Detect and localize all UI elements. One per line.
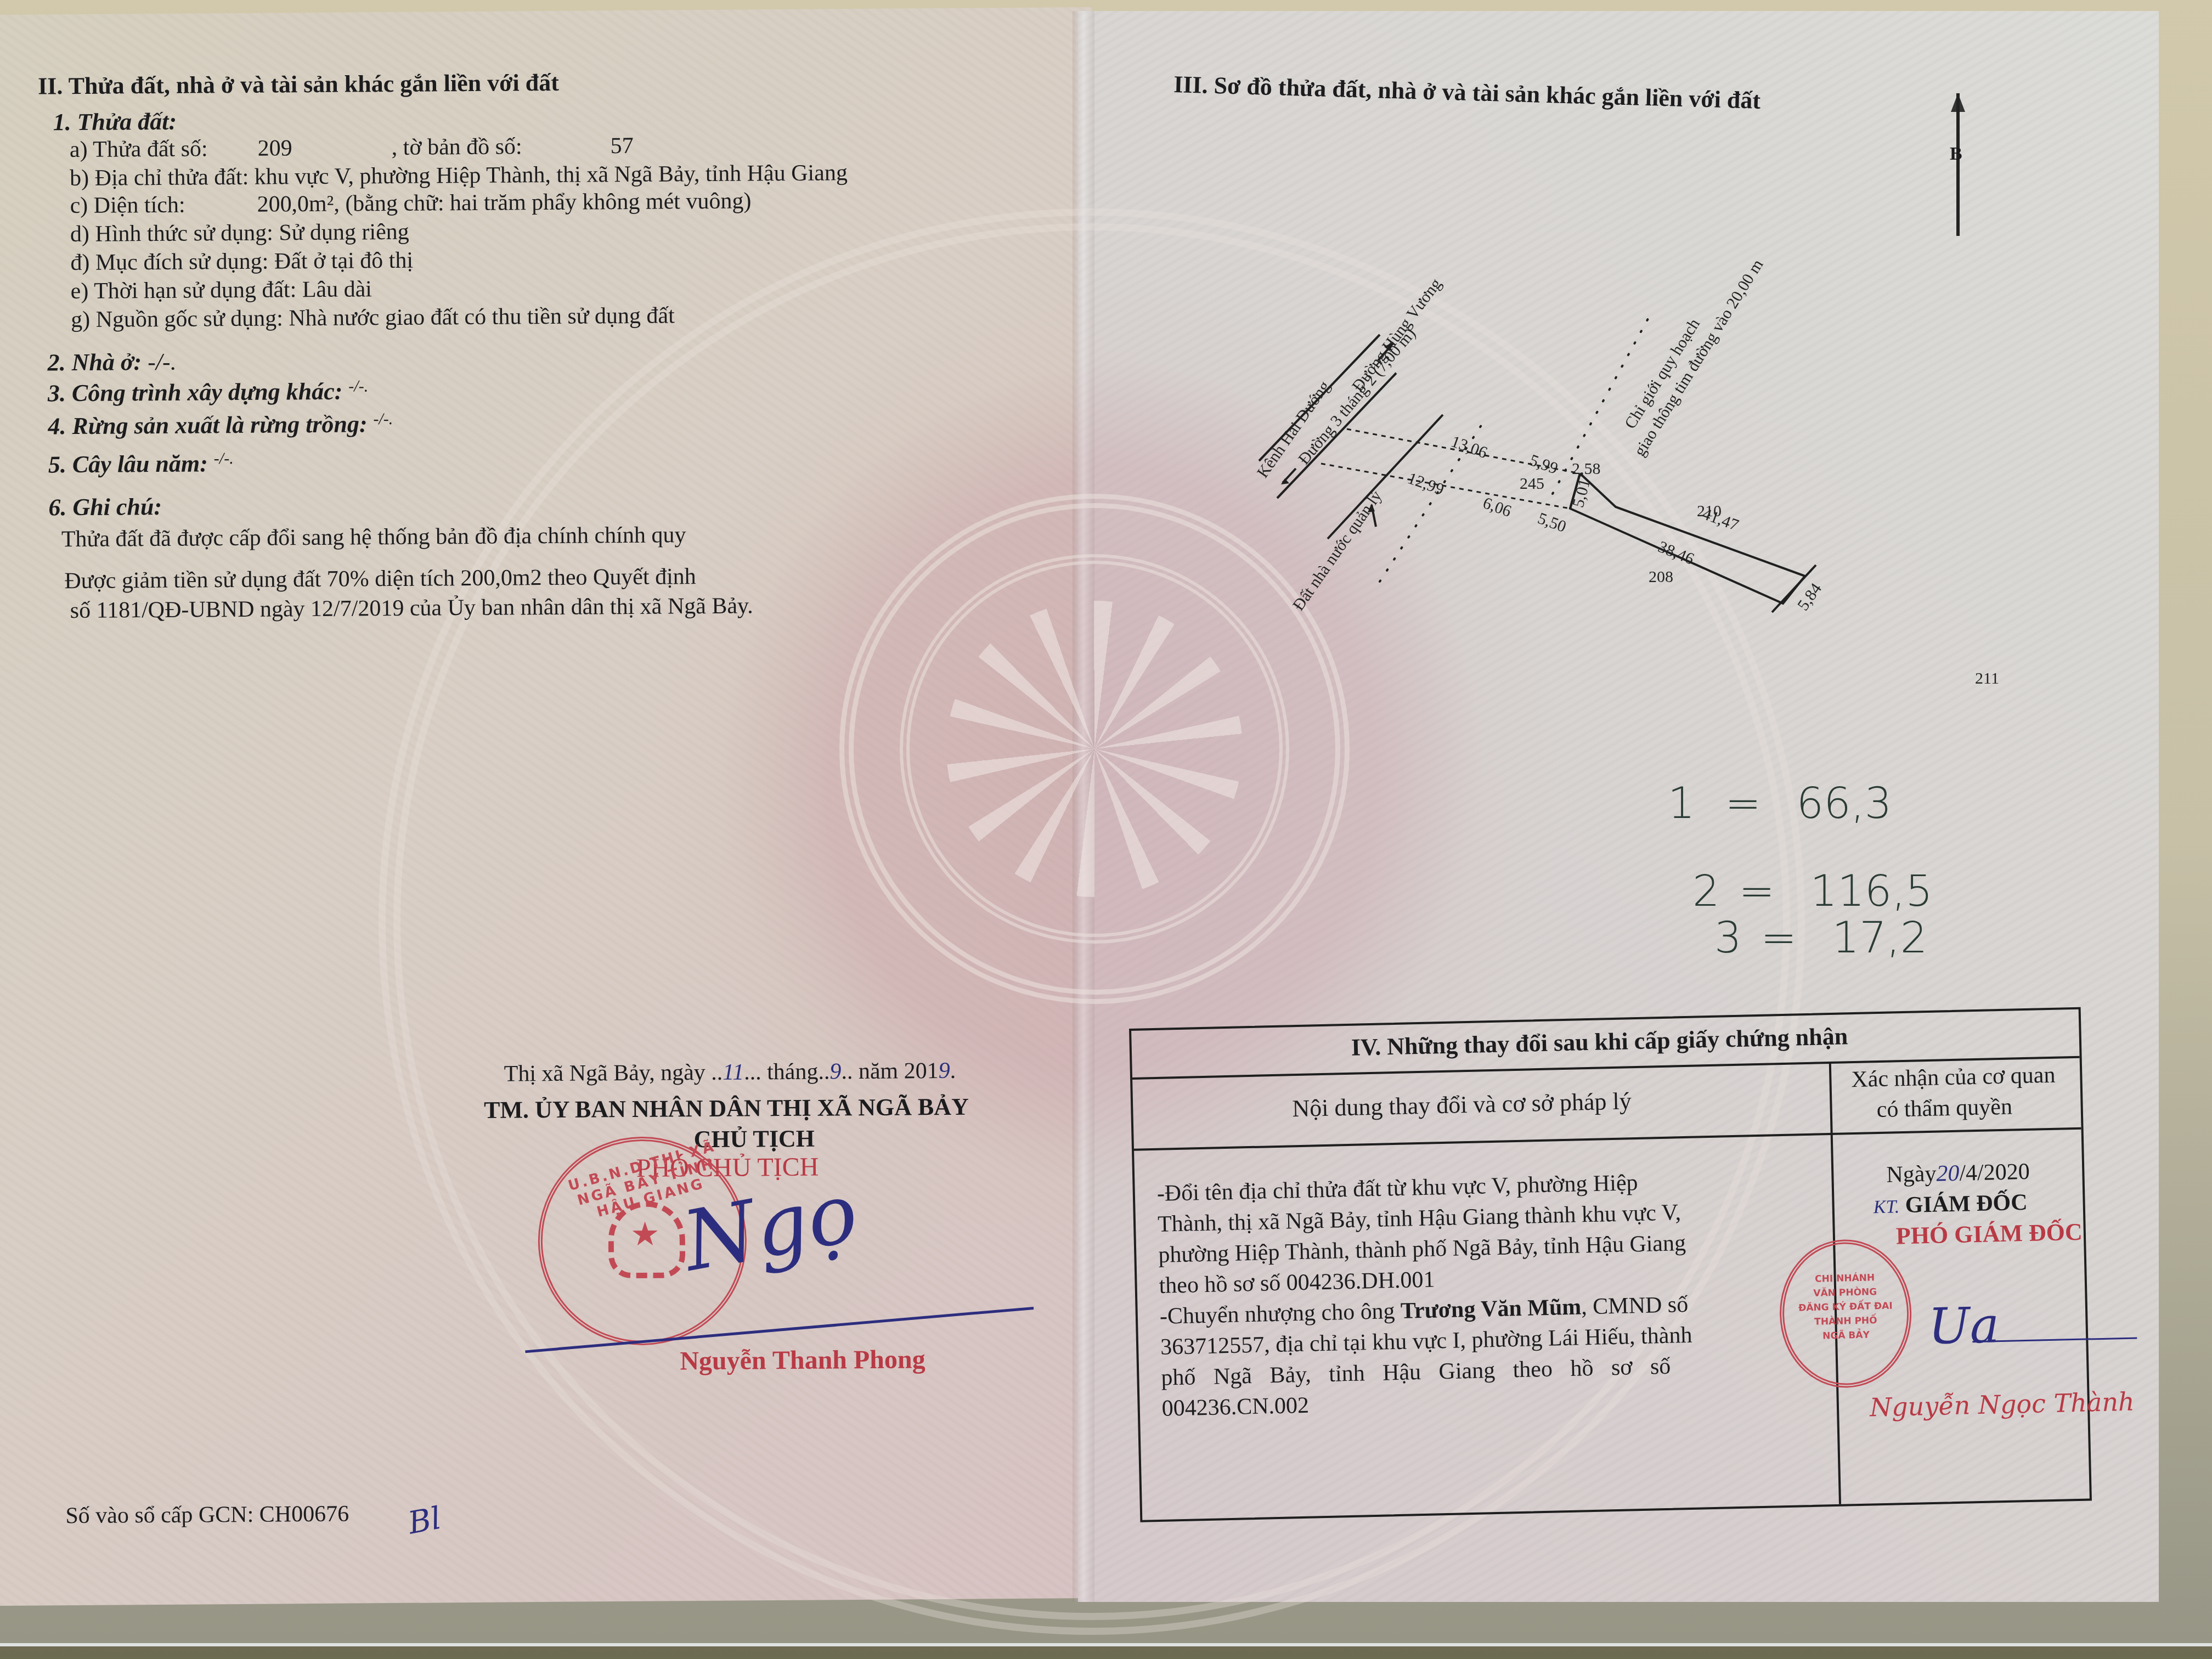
notes-line-1: Thửa đất đã được cấp đổi sang hệ thống b… bbox=[61, 522, 686, 552]
parcel-number-label: a) Thửa đất số: bbox=[70, 136, 208, 162]
north-label: B bbox=[1950, 144, 1962, 165]
registry-initials: Bl bbox=[405, 1500, 444, 1542]
address-row: b) Địa chỉ thửa đất: khu vực V, phường H… bbox=[70, 160, 848, 191]
area-row: c) Diện tích: 200,0m², (bằng chữ: hai tr… bbox=[70, 188, 751, 219]
area-label: c) Diện tích: bbox=[70, 193, 185, 218]
usage-term-row: e) Thời hạn sử dụng đất: Lâu dài bbox=[71, 276, 373, 304]
house-label: 2. Nhà ở: bbox=[47, 348, 142, 376]
star-icon: ★ bbox=[630, 1215, 659, 1254]
origin-label: g) Nguồn gốc sử dụng: bbox=[71, 306, 283, 332]
signing-authority: TM. ỦY BAN NHÂN DÂN THỊ XÃ NGÃ BẢY bbox=[484, 1093, 969, 1124]
transferee-name: Trương Văn Mũm bbox=[1401, 1294, 1582, 1323]
column-header-content: Nội dung thay đổi và cơ sở pháp lý bbox=[1292, 1087, 1632, 1122]
diagram-lines bbox=[1234, 285, 2002, 724]
address-value: khu vực V, phường Hiệp Thành, thị xã Ngã… bbox=[255, 160, 848, 190]
other-construction-row: 3. Công trình xây dựng khác: -/-. bbox=[48, 377, 369, 407]
other-construction-value: -/-. bbox=[348, 377, 368, 395]
production-forest-row: 4. Rừng sản xuất là rừng trồng: -/-. bbox=[48, 410, 393, 440]
change-entry-rename: -Đổi tên địa chỉ thửa đất từ khu vực V, … bbox=[1156, 1163, 1823, 1301]
changes-table: IV. Những thay đổi sau khi cấp giấy chứn… bbox=[1129, 1007, 2092, 1522]
confirm-kt: KT. bbox=[1873, 1197, 1899, 1217]
origin-value: Nhà nước giao đất có thu tiền sử dụng đấ… bbox=[289, 303, 675, 331]
usage-form-value: Sử dụng riêng bbox=[279, 219, 409, 246]
registry-row: Số vào sổ cấp GCN: CH00676 bbox=[65, 1501, 349, 1530]
changes-table-title: IV. Những thay đổi sau khi cấp giấy chứn… bbox=[1351, 1022, 1848, 1062]
confirm-day: 20 bbox=[1936, 1161, 1960, 1187]
signing-year-digit: 9 bbox=[939, 1058, 950, 1084]
house-row: 2. Nhà ở: -/-. bbox=[47, 348, 176, 377]
section-ii-title: II. Thửa đất, nhà ở và tài sản khác gắn … bbox=[38, 69, 559, 100]
handwritten-note-1: 1 = 66,3 bbox=[1668, 779, 1892, 828]
signing-month-label: tháng bbox=[767, 1059, 819, 1085]
registry-label: Số vào sổ cấp GCN: bbox=[65, 1502, 253, 1528]
notes-label: 6. Ghi chú: bbox=[48, 493, 162, 521]
confirm-title: KT. GIÁM ĐỐC bbox=[1873, 1189, 2028, 1219]
parcel-number-value: 209 bbox=[258, 136, 292, 161]
usage-purpose-label: đ) Mục đích sử dụng: bbox=[70, 249, 268, 276]
confirm-date: Ngày20/4/2020 bbox=[1886, 1159, 2030, 1188]
signing-place-prefix: Thị xã Ngã Bảy, ngày bbox=[504, 1060, 706, 1087]
usage-term-label: e) Thời hạn sử dụng đất: bbox=[71, 277, 297, 304]
perennial-trees-value: -/-. bbox=[214, 449, 234, 467]
house-value: -/-. bbox=[148, 348, 177, 375]
notes-line-3: số 1181/QĐ-UBND ngày 12/7/2019 của Ủy ba… bbox=[70, 592, 753, 624]
perennial-trees-label: 5. Cây lâu năm: bbox=[48, 450, 208, 478]
column-header-confirm-1: Xác nhận của cơ quan bbox=[1851, 1062, 2056, 1093]
neighbor-parcel-208: 208 bbox=[1649, 568, 1673, 586]
handwritten-note-3: 3 = 17,2 bbox=[1714, 913, 1927, 963]
production-forest-label: 4. Rừng sản xuất là rừng trồng: bbox=[48, 410, 367, 439]
usage-purpose-value: Đất ở tại đô thị bbox=[274, 248, 413, 274]
area-value: 200,0m², (bằng chữ: hai trăm phẩy không … bbox=[257, 188, 751, 217]
usage-form-row: d) Hình thức sử dụng: Sử dụng riêng bbox=[70, 219, 409, 247]
production-forest-value: -/-. bbox=[373, 410, 393, 428]
dimension-2-58: 2,58 bbox=[1572, 460, 1601, 478]
map-sheet-value: 57 bbox=[611, 133, 634, 159]
parcel-number-245: 245 bbox=[1520, 475, 1544, 493]
land-parcel-heading: 1. Thửa đất: bbox=[53, 108, 177, 137]
column-header-confirm-2: có thẩm quyền bbox=[1876, 1094, 2012, 1124]
signing-year-label: năm 201 bbox=[859, 1058, 939, 1084]
map-sheet-label: , tờ bản đồ số: bbox=[392, 134, 522, 160]
usage-term-value: Lâu dài bbox=[302, 276, 372, 302]
handwritten-note-2: 2 = 116,5 bbox=[1692, 867, 1933, 916]
signing-month: 9 bbox=[830, 1059, 841, 1084]
usage-purpose-row: đ) Mục đích sử dụng: Đất ở tại đô thị bbox=[70, 247, 413, 276]
signing-place-date: Thị xã Ngã Bảy, ngày ..11... tháng..9.. … bbox=[504, 1058, 956, 1087]
signing-day: 11 bbox=[723, 1060, 744, 1085]
neighbor-parcel-211: 211 bbox=[1975, 669, 1999, 688]
confirm-signer-name: Nguyễn Ngọc Thành bbox=[1869, 1387, 2135, 1423]
change-entry-transfer: -Chuyển nhượng cho ông Trương Văn Mũm, C… bbox=[1159, 1286, 1826, 1424]
address-label: b) Địa chỉ thửa đất: bbox=[70, 165, 249, 191]
neighbor-parcel-210: 210 bbox=[1697, 502, 1722, 521]
notes-line-2: Được giảm tiền sử dụng đất 70% diện tích… bbox=[64, 563, 696, 594]
north-arrow-shaft bbox=[1956, 93, 1960, 236]
other-construction-label: 3. Công trình xây dựng khác: bbox=[48, 378, 343, 407]
usage-form-label: d) Hình thức sử dụng: bbox=[70, 221, 273, 247]
perennial-trees-row: 5. Cây lâu năm: -/-. bbox=[48, 449, 234, 478]
signature-right: Ua bbox=[1928, 1296, 2000, 1356]
drum-watermark-star bbox=[946, 601, 1243, 897]
signer-name-left: Nguyễn Thanh Phong bbox=[680, 1344, 926, 1376]
origin-row: g) Nguồn gốc sử dụng: Nhà nước giao đất … bbox=[71, 302, 675, 333]
cadastral-diagram: Kênh Hai Dướng Đường Hùng Vương Đường 3 … bbox=[1234, 285, 2002, 724]
parcel-number-row: a) Thửa đất số: 209 , tờ bản đồ số: 57 bbox=[70, 133, 634, 163]
confirm-stamp-title: PHÓ GIÁM ĐỐC bbox=[1895, 1218, 2083, 1250]
registry-value: CH00676 bbox=[259, 1502, 349, 1527]
